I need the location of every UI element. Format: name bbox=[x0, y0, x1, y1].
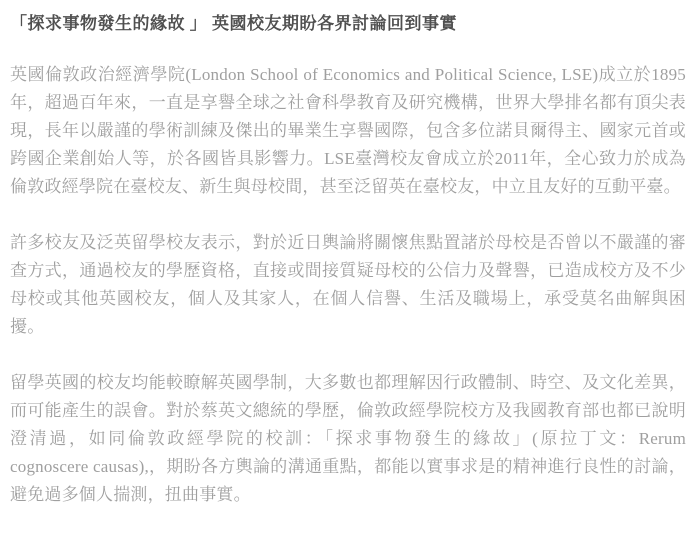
article-title: 「探求事物發生的緣故 」 英國校友期盼各界討論回到事實 bbox=[10, 12, 686, 36]
article-paragraph-intro: 英國倫敦政治經濟學院(London School of Economics an… bbox=[10, 61, 686, 201]
article-page: 「探求事物發生的緣故 」 英國校友期盼各界討論回到事實 英國倫敦政治經濟學院(L… bbox=[0, 0, 696, 545]
article-paragraph-alumni-concern: 許多校友及泛英留學校友表示，對於近日輿論將關懷焦點置諸於母校是否曾以不嚴謹的審查… bbox=[10, 229, 686, 341]
article-paragraph-clarification: 留學英國的校友均能較瞭解英國學制，大多數也都理解因行政體制、時空、及文化差異，而… bbox=[10, 369, 686, 509]
